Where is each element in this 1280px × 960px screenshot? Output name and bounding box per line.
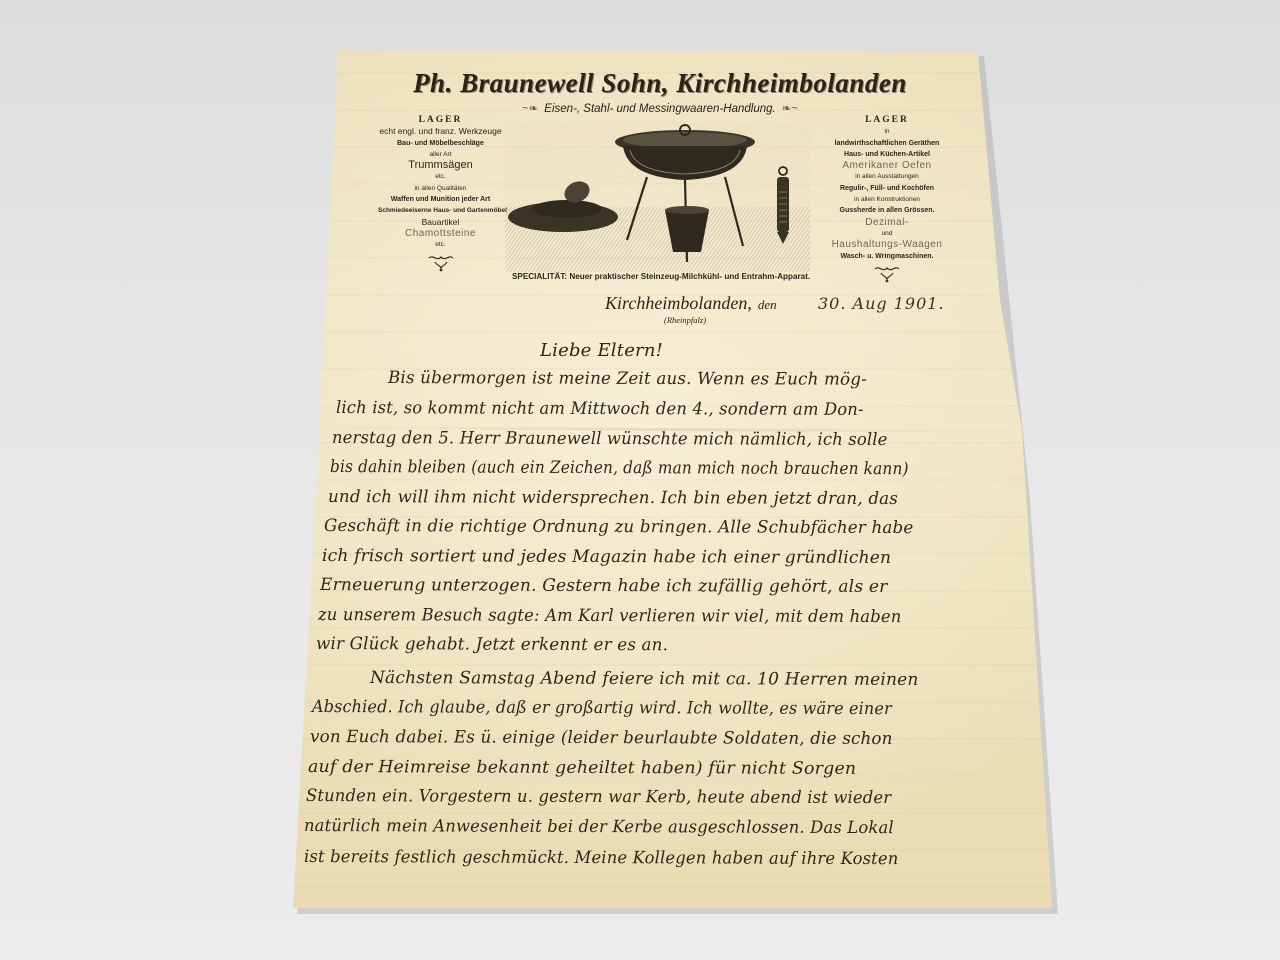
letter-line: bis dahin bleiben (auch ein Zeichen, daß… [330, 457, 909, 479]
letter-line: wir Glück gehabt. Jetzt erkennt er es an… [316, 634, 668, 655]
letter-line: ich frisch sortiert und jedes Magazin ha… [322, 546, 891, 568]
letter-line: zu unserem Besuch sagte: Am Karl verlier… [318, 605, 902, 627]
letter-line: Erneuerung unterzogen. Gestern habe ich … [320, 575, 888, 597]
letter-line: auf der Heimreise bekannt geheiltet habe… [308, 757, 856, 779]
letter-line: natürlich mein Anwesenheit bei der Kerbe… [304, 816, 894, 838]
dateline-region: (Rheinpfalz) [664, 315, 706, 325]
company-name: Ph. Braunewell Sohn, Kirchheimbolanden [370, 68, 950, 99]
ornament-right-icon: ❧~ [782, 103, 798, 115]
letter-line: und ich will ihm nicht widersprechen. Ic… [328, 487, 898, 509]
dateline-date: 30. Aug 1901. [818, 294, 945, 313]
letter-line: Stunden ein. Vorgestern u. gestern war K… [306, 786, 891, 808]
letter-line: Abschied. Ich glaube, daß er großartig w… [312, 697, 892, 719]
letter-line: von Euch dabei. Es ü. einige (leider beu… [310, 727, 893, 749]
letter-salutation: Liebe Eltern! [540, 340, 663, 361]
dateline-place: Kirchheimbolanden,den [605, 293, 777, 314]
letter-line: Bis übermorgen ist meine Zeit aus. Wenn … [388, 368, 867, 390]
letter-line: nerstag den 5. Herr Braunewell wünschte … [332, 428, 888, 450]
speciality-caption: SPECIALITÄT: Neuer praktischer Steinzeug… [512, 271, 806, 281]
ornament-left-icon: ~❧ [522, 103, 538, 115]
letter-line: ist bereits festlich geschmückt. Meine K… [304, 847, 899, 869]
letterhead-left-column: LAGER echt engl. und franz. Werkzeuge Ba… [378, 115, 503, 272]
apparatus-engraving-illustration [505, 122, 810, 272]
flourish-ornament-icon [873, 265, 901, 283]
flourish-ornament-icon [427, 254, 455, 272]
company-subtitle: ~❧Eisen-, Stahl- und Messingwaaren-Handl… [420, 101, 900, 115]
letter-line: lich ist, so kommt nicht am Mittwoch den… [336, 398, 864, 420]
letter-line: Geschäft in die richtige Ordnung zu brin… [324, 516, 914, 538]
letter-line: Nächsten Samstag Abend feiere ich mit ca… [370, 668, 919, 690]
letterhead-right-column: LAGER in landwirthschaftlichen Geräthen … [812, 115, 962, 283]
